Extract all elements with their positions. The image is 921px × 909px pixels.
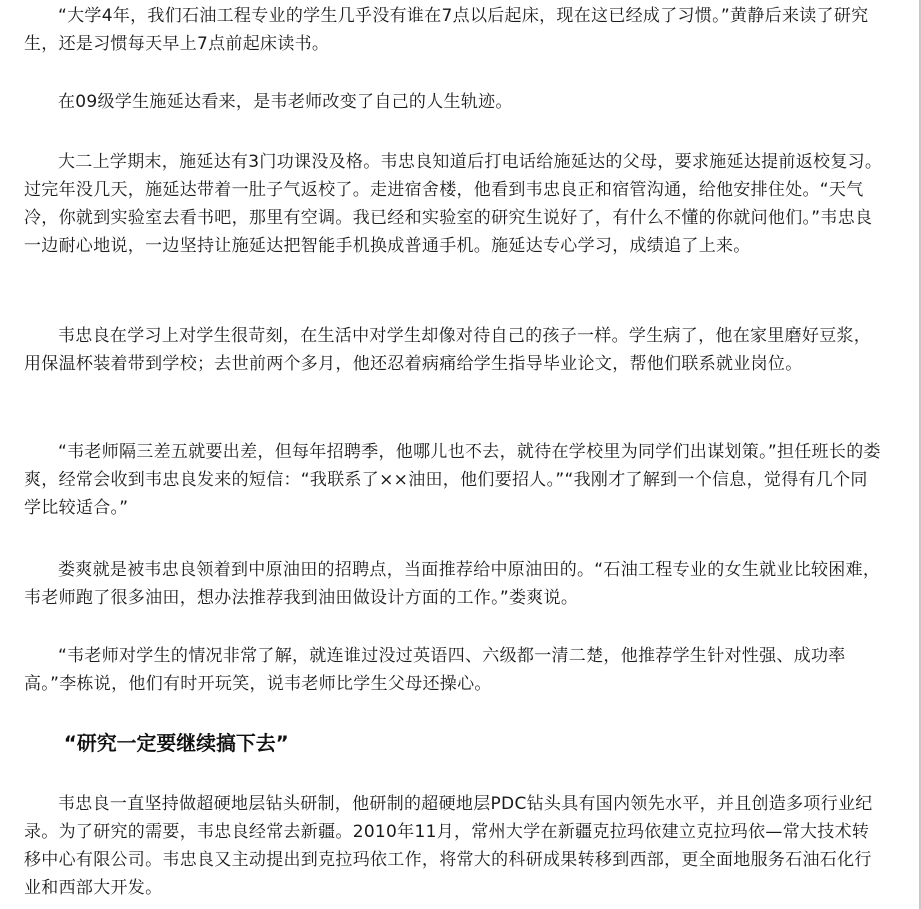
paragraph-recruitment-season: “韦老师隔三差五就要出差，但每年招聘季，他哪儿也不去，就待在学校里为同学们出谋划… bbox=[24, 438, 884, 522]
paragraph-loushuang-job: 娄爽就是被韦忠良领着到中原油田的招聘点，当面推荐给中原油田的。“石油工程专业的女… bbox=[24, 556, 884, 612]
paragraph-lidong-quote: “韦老师对学生的情况非常了解，就连谁过没过英语四、六级都一清二楚，他推荐学生针对… bbox=[24, 642, 884, 698]
document-page: “大学4年，我们石油工程专业的学生几乎没有谁在7点以后起床，现在这已经成了习惯。… bbox=[0, 0, 921, 909]
paragraph-care-for-students: 韦忠良在学习上对学生很苛刻，在生活中对学生却像对待自己的孩子一样。学生病了，他在… bbox=[24, 322, 884, 378]
paragraph-shiyanda-intro: 在09级学生施延达看来，是韦老师改变了自己的人生轨迹。 bbox=[24, 88, 513, 116]
paragraph-huangjing-habit: “大学4年，我们石油工程专业的学生几乎没有谁在7点以后起床，现在这已经成了习惯。… bbox=[24, 2, 884, 58]
paragraph-shiyanda-story: 大二上学期末，施延达有3门功课没及格。韦忠良知道后打电话给施延达的父母，要求施延… bbox=[24, 148, 884, 260]
section-heading: “研究一定要继续搞下去” bbox=[24, 730, 289, 758]
paragraph-pdc-research: 韦忠良一直坚持做超硬地层钻头研制，他研制的超硬地层PDC钻头具有国内领先水平，并… bbox=[24, 790, 884, 902]
